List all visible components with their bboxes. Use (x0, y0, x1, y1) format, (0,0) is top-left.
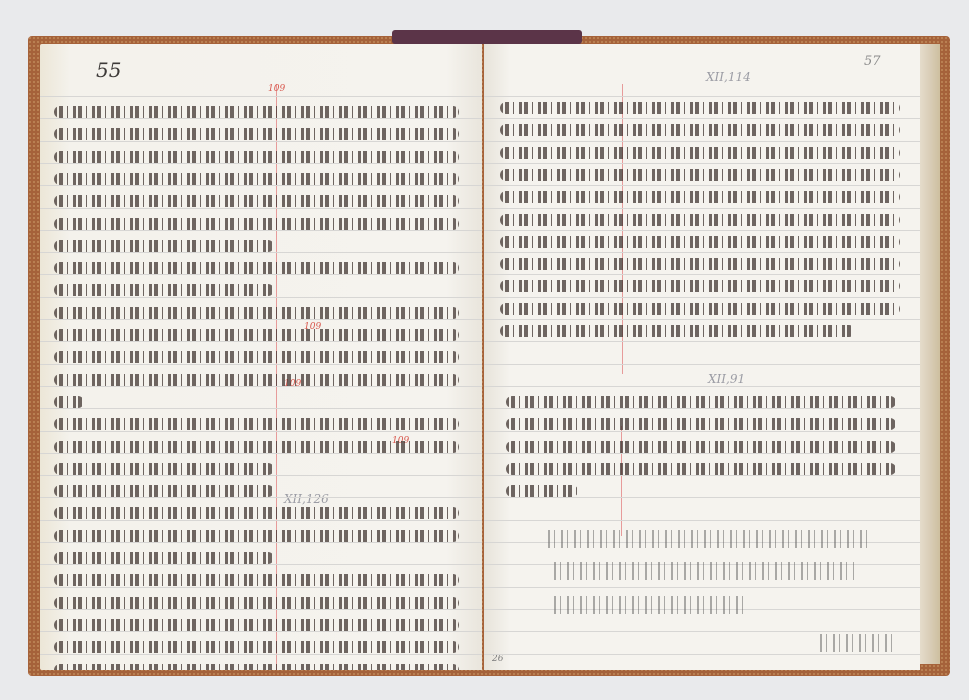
page-number: 55 (96, 58, 121, 82)
ruled-line (40, 631, 482, 632)
handwriting-line (54, 641, 459, 653)
handwriting-line (54, 507, 459, 519)
ruled-line (484, 274, 920, 275)
ruled-line (484, 364, 920, 365)
ruled-line (484, 408, 920, 409)
handwriting-line (506, 463, 896, 475)
pencil-handwriting-line (820, 634, 898, 652)
ruled-line (484, 453, 920, 454)
ruled-line (40, 252, 482, 253)
handwriting-line (500, 214, 900, 226)
right-page: 57 XII,114 XII,91 26 (484, 44, 920, 670)
ruled-line (484, 208, 920, 209)
ruled-line (40, 364, 482, 365)
ruled-line (40, 497, 482, 498)
handwriting-line (54, 262, 459, 274)
reference-mark: XII,126 (284, 492, 329, 506)
handwriting-line (54, 485, 274, 497)
handwriting-line (54, 151, 459, 163)
ruled-line (40, 431, 482, 432)
handwriting-line (506, 485, 578, 497)
ruled-line (40, 542, 482, 543)
ruled-line (484, 520, 920, 521)
handwriting-line (54, 128, 459, 140)
ruled-line (484, 252, 920, 253)
handwriting-line (54, 552, 274, 564)
handwriting-line (500, 303, 900, 315)
page-edges (920, 44, 940, 664)
handwriting-line (54, 240, 274, 252)
ruled-line (40, 475, 482, 476)
reference-mark: XII,91 (708, 372, 745, 386)
ruled-line (484, 230, 920, 231)
handwriting-line (54, 396, 84, 408)
ruled-line (40, 141, 482, 142)
ruled-line (40, 587, 482, 588)
ruled-line (40, 654, 482, 655)
ruled-line (40, 453, 482, 454)
handwriting-line (500, 325, 855, 337)
ruled-line (40, 274, 482, 275)
handwriting-line (54, 195, 459, 207)
handwriting-line (500, 124, 900, 136)
ruled-line (484, 96, 920, 97)
ruled-line (40, 609, 482, 610)
ruled-line (40, 319, 482, 320)
ruled-line (484, 163, 920, 164)
left-page: 55 109 109 109 109 XII,126 (40, 44, 482, 670)
handwriting-line (506, 396, 896, 408)
handwriting-line (54, 307, 459, 319)
handwriting-line (500, 191, 900, 203)
red-annotation: 109 (268, 84, 285, 94)
ruled-line (40, 118, 482, 119)
ruled-line (484, 497, 920, 498)
handwriting-line (54, 173, 459, 185)
ruled-line (484, 319, 920, 320)
ruled-line (40, 96, 482, 97)
handwriting-line (54, 441, 459, 453)
handwriting-line (500, 147, 900, 159)
handwriting-line (54, 530, 459, 542)
ruled-line (484, 141, 920, 142)
ruled-line (484, 431, 920, 432)
handwriting-line (506, 441, 896, 453)
handwriting-line (500, 169, 900, 181)
ruled-line (40, 408, 482, 409)
pencil-handwriting-line (554, 596, 744, 614)
ruled-line (40, 386, 482, 387)
handwriting-line (54, 418, 459, 430)
ruled-line (484, 185, 920, 186)
handwriting-line (54, 218, 459, 230)
ruled-line (40, 185, 482, 186)
handwriting-line (54, 619, 459, 631)
handwriting-line (54, 374, 459, 386)
ruled-line (484, 297, 920, 298)
ruled-line (484, 475, 920, 476)
page-number: 57 (864, 54, 881, 69)
handwriting-line (54, 463, 274, 475)
ruled-line (484, 386, 920, 387)
pencil-handwriting-line (548, 530, 868, 548)
handwriting-line (54, 597, 459, 609)
handwriting-line (500, 258, 900, 270)
pencil-handwriting-line (554, 562, 854, 580)
notebook-spine (392, 30, 582, 44)
reference-mark: XII,114 (706, 70, 751, 84)
ruled-line (484, 654, 920, 655)
ruled-line (40, 297, 482, 298)
footer-number: 26 (492, 654, 503, 664)
handwriting-line (500, 236, 900, 248)
handwriting-line (54, 284, 274, 296)
handwriting-line (54, 106, 459, 118)
handwriting-line (54, 664, 459, 671)
ruled-line (40, 564, 482, 565)
handwriting-line (54, 329, 459, 341)
ruled-line (484, 631, 920, 632)
ruled-line (40, 230, 482, 231)
ruled-line (40, 520, 482, 521)
handwriting-line (54, 351, 459, 363)
ruled-line (40, 341, 482, 342)
handwriting-line (54, 574, 459, 586)
ruled-line (484, 341, 920, 342)
handwriting-line (500, 280, 900, 292)
handwriting-line (506, 418, 896, 430)
ruled-line (40, 208, 482, 209)
ruled-line (484, 587, 920, 588)
ruled-line (484, 118, 920, 119)
ruled-line (40, 163, 482, 164)
handwriting-line (500, 102, 900, 114)
